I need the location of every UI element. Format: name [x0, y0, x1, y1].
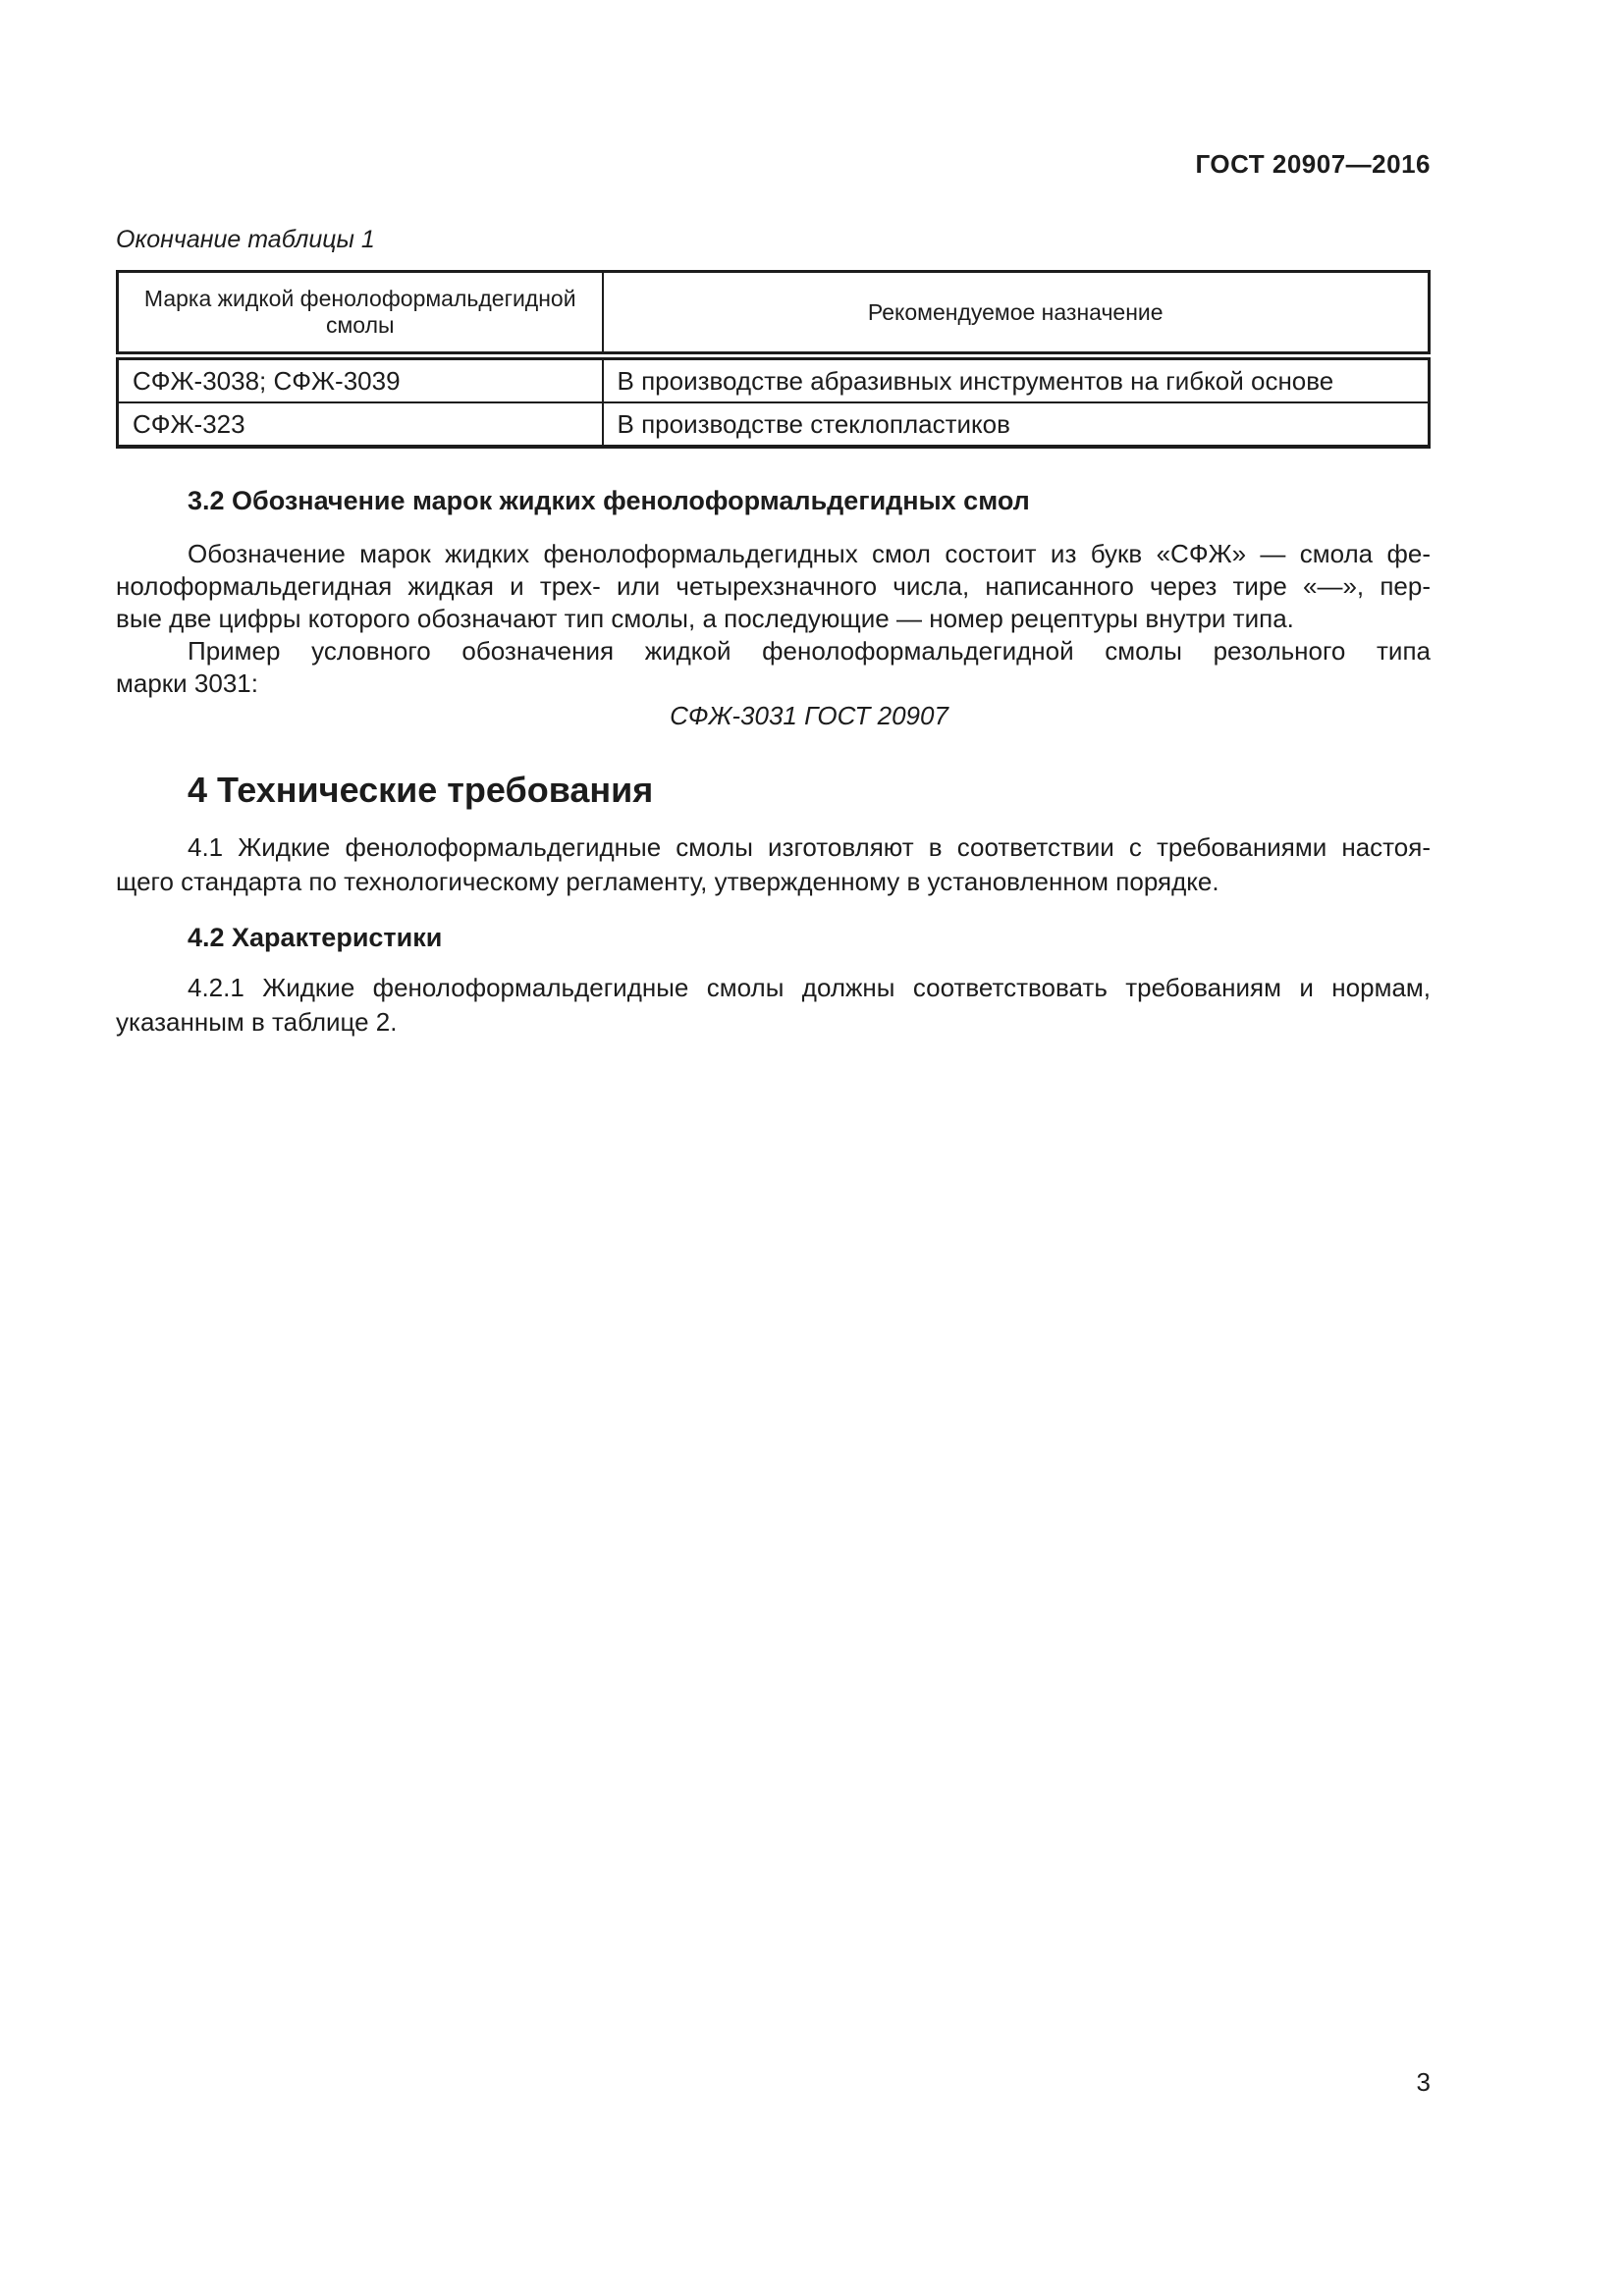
page-number: 3	[1417, 2066, 1431, 2099]
section-4-2-heading: 4.2 Характеристики	[116, 921, 1431, 954]
paragraph-line: нолоформальдегидная жидкая и трех- или ч…	[116, 570, 1431, 603]
table-row: СФЖ-323 В производстве стеклопластиков	[118, 402, 1430, 447]
paragraph-line: Пример условного обозначения жидкой фено…	[116, 635, 1431, 667]
paragraph-line: 4.1 Жидкие фенолоформальдегидные смолы и…	[116, 830, 1431, 865]
section-4-1-paragraph: 4.1 Жидкие фенолоформальдегидные смолы и…	[116, 830, 1431, 899]
paragraph-line: щего стандарта по технологическому регла…	[116, 865, 1431, 899]
cell-purpose: В производстве стеклопластиков	[603, 402, 1430, 447]
cell-purpose: В производстве абразивных инструментов н…	[603, 356, 1430, 403]
paragraph-line: вые две цифры которого обозначают тип см…	[116, 603, 1431, 635]
column-header-purpose: Рекомендуемое назначение	[603, 272, 1430, 356]
paragraph-line: 4.2.1 Жидкие фенолоформальдегидные смолы…	[116, 971, 1431, 1005]
table-row: СФЖ-3038; СФЖ-3039 В производстве абрази…	[118, 356, 1430, 403]
table-header-row: Марка жидкой фенолоформальдегидной смолы…	[118, 272, 1430, 356]
section-4-2-1-paragraph: 4.2.1 Жидкие фенолоформальдегидные смолы…	[116, 971, 1431, 1040]
table-caption: Окончание таблицы 1	[116, 224, 1431, 256]
paragraph-line: указанным в таблице 2.	[116, 1005, 1431, 1040]
section-3-2-paragraph-1: Обозначение марок жидких фенолоформальде…	[116, 538, 1431, 635]
paragraph-line: марки 3031:	[116, 667, 1431, 700]
section-3-2-paragraph-2: Пример условного обозначения жидкой фено…	[116, 635, 1431, 700]
section-3-2-heading: 3.2 Обозначение марок жидких фенолоформа…	[116, 484, 1431, 517]
cell-mark: СФЖ-3038; СФЖ-3039	[118, 356, 603, 403]
designation-example: СФЖ-3031 ГОСТ 20907	[116, 700, 1431, 732]
cell-mark: СФЖ-323	[118, 402, 603, 447]
document-page: ГОСТ 20907—2016 Окончание таблицы 1 Марк…	[0, 0, 1624, 2296]
document-code: ГОСТ 20907—2016	[116, 148, 1431, 180]
column-header-mark: Марка жидкой фенолоформальдегидной смолы	[118, 272, 603, 356]
section-4-heading: 4 Технические требования	[116, 769, 1431, 812]
paragraph-line: Обозначение марок жидких фенолоформальде…	[116, 538, 1431, 570]
resin-grades-table: Марка жидкой фенолоформальдегидной смолы…	[116, 270, 1431, 449]
